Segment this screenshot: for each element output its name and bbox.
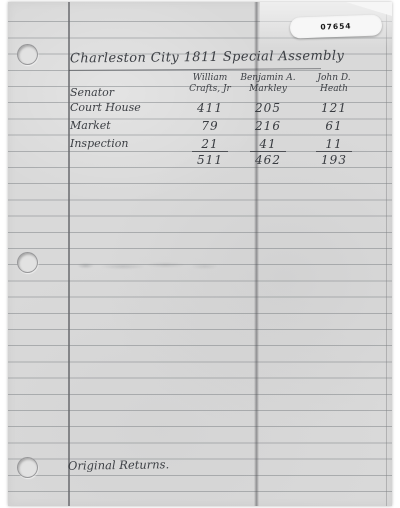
- vote-count: 205: [246, 101, 290, 115]
- catalog-sticker: 07654: [290, 14, 383, 38]
- total-votes: 193: [312, 153, 356, 167]
- column-header-senator: Senator: [70, 86, 114, 99]
- vote-count: 41: [246, 137, 290, 151]
- row-label-market: Market: [70, 119, 111, 132]
- hole-punch-top: [17, 44, 38, 65]
- notebook-page: 07654 Charleston City 1811 Special Assem…: [8, 2, 392, 506]
- faint-ink-smudge: [72, 258, 242, 272]
- vote-count: 21: [188, 137, 232, 151]
- page-title: Charleston City 1811 Special Assembly: [70, 49, 344, 67]
- scanned-document: 07654 Charleston City 1811 Special Assem…: [0, 0, 400, 508]
- sum-line: [250, 151, 286, 152]
- vote-count: 61: [312, 119, 356, 133]
- candidate-name-line1: Benjamin A.: [233, 73, 303, 84]
- column-header-markley: Benjamin A. Markley: [233, 73, 303, 94]
- sum-line: [316, 151, 352, 152]
- original-returns-note: Original Returns.: [68, 457, 169, 472]
- candidate-name-line1: John D.: [299, 73, 369, 84]
- vote-count: 121: [312, 101, 356, 115]
- vote-count: 411: [188, 101, 232, 115]
- vote-count: 216: [246, 119, 290, 133]
- page-edge-line: [386, 2, 388, 506]
- catalog-number: 07654: [320, 21, 351, 31]
- total-votes: 511: [188, 153, 232, 167]
- row-label-court-house: Court House: [70, 101, 141, 114]
- vote-count: 79: [188, 119, 232, 133]
- row-label-inspection: Inspection: [70, 137, 128, 150]
- column-header-heath: John D. Heath: [299, 73, 369, 94]
- margin-line: [68, 2, 70, 506]
- sum-line: [192, 151, 228, 152]
- vote-count: 11: [312, 137, 356, 151]
- hole-punch-middle: [17, 252, 38, 273]
- candidate-name-line2: Heath: [299, 84, 369, 95]
- candidate-name-line2: Markley: [233, 84, 303, 95]
- total-votes: 462: [246, 153, 290, 167]
- hole-punch-bottom: [17, 457, 38, 478]
